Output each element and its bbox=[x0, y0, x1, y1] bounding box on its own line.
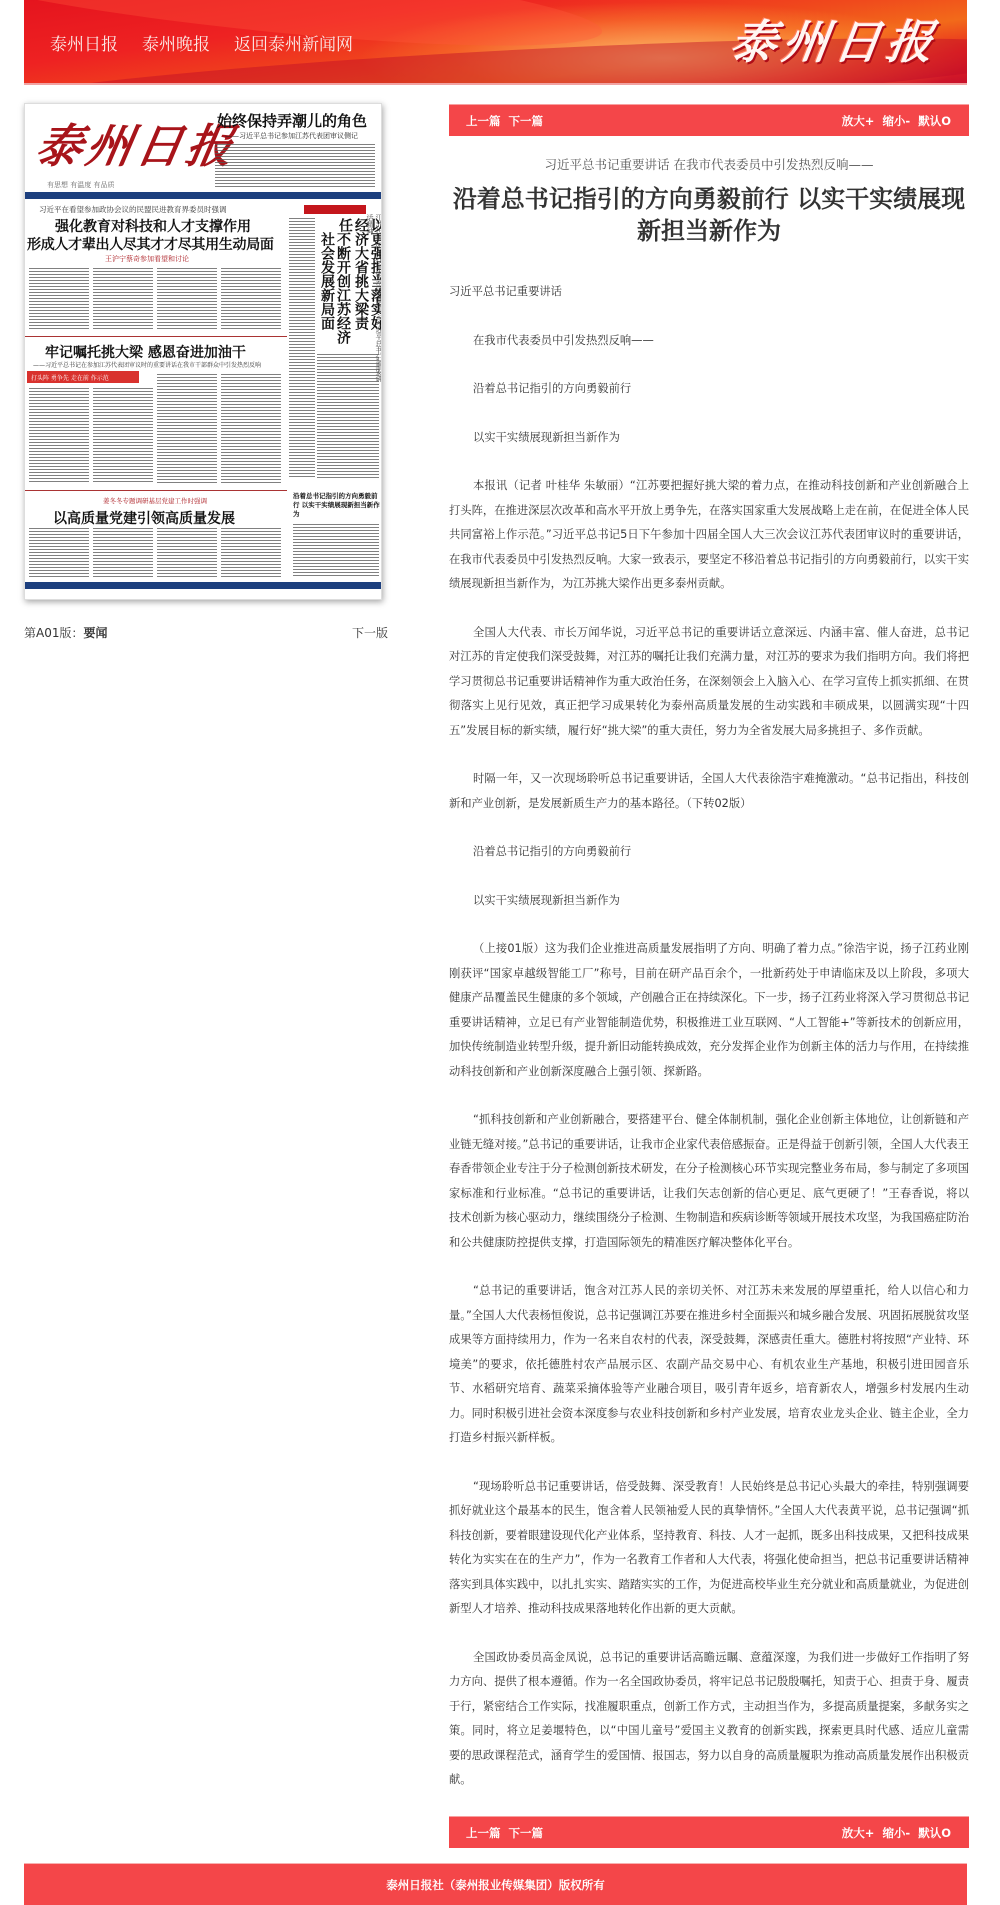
paper-second-headline: 牢记嘱托挑大梁 感恩奋进加油干 bbox=[45, 342, 246, 362]
article-lead-line: 以实干实绩展现新担当新作为 bbox=[449, 426, 969, 451]
copyright-text: 泰州日报社（泰州报业传媒集团）版权所有 bbox=[386, 1878, 605, 1892]
prev-article-button[interactable]: 上一篇 bbox=[466, 113, 501, 129]
paper-second-subhead: ——习近平总书记在参加江苏代表团审议时的重要讲话在我市干部群众中引发热烈反响 bbox=[33, 360, 261, 369]
article-subheading: 沿着总书记指引的方向勇毅前行 bbox=[449, 840, 969, 865]
article-toolbar-top: 上一篇 下一篇 放大+ 缩小- 默认O bbox=[449, 104, 969, 136]
paper-text-block bbox=[221, 374, 281, 484]
zoom-out-button[interactable]: 缩小- bbox=[882, 113, 910, 129]
edition-prefix: 第A01版： bbox=[24, 626, 83, 640]
paper-text-block bbox=[93, 268, 153, 330]
next-article-button[interactable]: 下一篇 bbox=[509, 113, 544, 129]
paper-text-block bbox=[157, 268, 217, 330]
reset-size-button[interactable]: 默认O bbox=[918, 113, 951, 129]
paper-text-block bbox=[29, 528, 89, 578]
paper-third-kicker: 姜冬冬专题调研基层党建工作时强调 bbox=[103, 496, 207, 505]
next-article-button[interactable]: 下一篇 bbox=[509, 1825, 544, 1841]
article-paragraph: 时隔一年，又一次现场聆听总书记重要讲话，全国人大代表徐浩宇难掩激动。“总书记指出… bbox=[449, 767, 969, 816]
paper-masthead: 泰州日报 bbox=[31, 110, 243, 176]
paper-text-block bbox=[289, 218, 315, 478]
paper-divider bbox=[25, 490, 287, 491]
article-paragraph: “现场聆听总书记重要讲话，倍受鼓舞、深受教育！人民始终是总书记心头最大的牵挂，特… bbox=[449, 1475, 969, 1622]
paper-text-block bbox=[29, 268, 89, 330]
edition-label: 第A01版：要闻 bbox=[24, 624, 108, 641]
article-title: 沿着总书记指引的方向勇毅前行 以实干实绩展现新担当新作为 bbox=[449, 183, 969, 247]
paper-top-headline: 始终保持弄潮儿的角色 bbox=[217, 110, 367, 131]
paper-text-block bbox=[93, 388, 153, 484]
paper-text-block bbox=[29, 388, 89, 484]
prev-article-button[interactable]: 上一篇 bbox=[466, 1825, 501, 1841]
paper-blue-band bbox=[25, 192, 382, 199]
article-lead-line: 习近平总书记重要讲话 bbox=[449, 280, 969, 305]
paper-text-block bbox=[221, 528, 281, 578]
paper-text-block bbox=[215, 144, 375, 188]
header-nav: 泰州日报 泰州晚报 返回泰州新闻网 bbox=[50, 30, 353, 55]
site-header: 泰州日报 泰州晚报 返回泰州新闻网 泰州日报 bbox=[24, 0, 967, 85]
paper-masthead-slogan: 有思想 有温度 有品质 bbox=[47, 180, 114, 190]
nav-link-taizhou-evening[interactable]: 泰州晚报 bbox=[142, 30, 210, 55]
paper-text-block bbox=[157, 374, 217, 484]
next-edition-link[interactable]: 下一版 bbox=[352, 624, 388, 641]
site-logo: 泰州日报 bbox=[726, 6, 943, 72]
site-footer: 泰州日报社（泰州报业传媒集团）版权所有 bbox=[24, 1863, 967, 1905]
article-lead-line: 沿着总书记指引的方向勇毅前行 bbox=[449, 377, 969, 402]
nav-link-back-to-news-site[interactable]: 返回泰州新闻网 bbox=[234, 30, 353, 55]
article-lead-line: 在我市代表委员中引发热烈反响—— bbox=[449, 329, 969, 354]
article-body: 习近平总书记重要讲话 在我市代表委员中引发热烈反响—— 沿着总书记指引的方向勇毅… bbox=[449, 280, 969, 1817]
paper-divider bbox=[25, 336, 287, 337]
paper-lead-byline: 王沪宁蔡奇参加看望和讨论 bbox=[105, 254, 189, 264]
article-paragraph: 本报讯（记者 叶桂华 朱敏丽）“江苏要把握好挑大梁的着力点，在推动科技创新和产业… bbox=[449, 474, 969, 597]
zoom-in-button[interactable]: 放大+ bbox=[842, 113, 875, 129]
article-paragraph: “总书记的重要讲话，饱含对江苏人民的亲切关怀、对江苏未来发展的厚望重托，给人以信… bbox=[449, 1279, 969, 1451]
article-kicker: 习近平总书记重要讲话 在我市代表委员中引发热烈反响—— bbox=[449, 155, 969, 173]
paper-text-block bbox=[221, 268, 281, 330]
paper-lead-kicker: 习近平在看望参加政协会议的民盟民进教育界委员时强调 bbox=[39, 204, 227, 215]
paper-side-headline-2: 不断开创江苏经济社会发展新局面 bbox=[319, 232, 351, 352]
article-paragraph: 全国人大代表、市长万闻华说，习近平总书记的重要讲话立意深远、内涵丰富、催人奋进，… bbox=[449, 621, 969, 744]
paper-lead-headline-1: 强化教育对科技和人才支撑作用 bbox=[55, 216, 251, 236]
zoom-in-button[interactable]: 放大+ bbox=[842, 1825, 875, 1841]
paper-text-block bbox=[317, 354, 379, 478]
edition-name: 要闻 bbox=[83, 626, 107, 640]
nav-link-taizhou-daily[interactable]: 泰州日报 bbox=[50, 30, 118, 55]
paper-top-subhead: ——习近平总书记参加江苏代表团审议侧记 bbox=[225, 131, 358, 141]
paper-text-block bbox=[157, 528, 217, 578]
article-toolbar-bottom: 上一篇 下一篇 放大+ 缩小- 默认O bbox=[449, 1816, 969, 1848]
paper-blue-band-bottom bbox=[25, 582, 382, 589]
paper-lead-headline-2: 形成人才辈出人尽其才才尽其用生动局面 bbox=[27, 234, 274, 254]
newspaper-page-thumbnail[interactable]: 泰州日报 有思想 有温度 有品质 始终保持弄潮儿的角色 ——习近平总书记参加江苏… bbox=[24, 103, 382, 600]
paper-red-button bbox=[304, 205, 366, 214]
article-paragraph: （上接01版）这为我们企业推进高质量发展指明了方向、明确了着力点。”徐浩宇说，扬… bbox=[449, 937, 969, 1084]
paper-third-headline: 以高质量党建引领高质量发展 bbox=[53, 508, 235, 528]
zoom-out-button[interactable]: 缩小- bbox=[882, 1825, 910, 1841]
article-subheading: 以实干实绩展现新担当新作为 bbox=[449, 889, 969, 914]
article-paragraph: “抓科技创新和产业创新融合，要搭建平台、健全体制机制，强化企业创新主体地位，让创… bbox=[449, 1108, 969, 1255]
paper-side-story: 沿着总书记指引的方向勇毅前行 以实干实绩展现新担当新作为 bbox=[293, 492, 382, 519]
paper-text-block bbox=[293, 524, 379, 578]
article-paragraph: 全国政协委员高金凤说，总书记的重要讲话高瞻远瞩、意蕴深邃，为我们进一步做好工作指… bbox=[449, 1646, 969, 1793]
paper-text-block bbox=[93, 528, 153, 578]
paper-red-tag: 打头阵 勇争先 走在前 作示范 bbox=[27, 371, 139, 383]
reset-size-button[interactable]: 默认O bbox=[918, 1825, 951, 1841]
